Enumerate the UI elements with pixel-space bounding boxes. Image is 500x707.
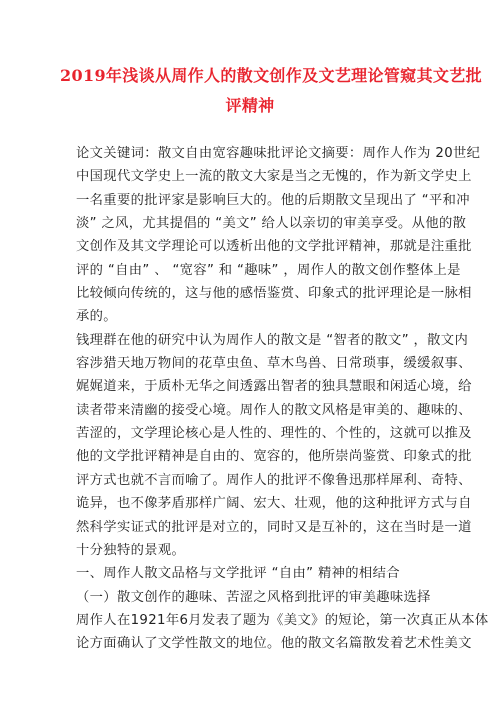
- document-body: 论文关键词：散文自由宽容趣味批评论文摘要：周作人作为 20世纪 中国现代文学史上…: [76, 142, 426, 656]
- body-line: 文创作及其文学理论可以透析出他的文学批评精神，那就是注重批: [76, 235, 426, 258]
- body-line: 周作人在1921年6月发表了题为《美文》的短论，第一次真正从本体: [76, 609, 426, 632]
- body-line: 十分独特的景观。: [76, 539, 426, 562]
- body-line: 一名重要的批评家是影响巨大的。他的后期散文呈现出了 “平和冲: [76, 189, 426, 212]
- body-line: 评方式也就不言而喻了。周作人的批评不像鲁迅那样犀利、奇特、: [76, 469, 426, 492]
- body-line: 他的文学批评精神是自由的、宽容的，他所崇尚鉴赏、印象式的批: [76, 445, 426, 468]
- body-line: 评的 “自由” 、 “宽容” 和 “趣味” ，周作人的散文创作整体上是: [76, 259, 426, 282]
- keywords-abstract-line: 论文关键词：散文自由宽容趣味批评论文摘要：周作人作为 20世纪: [76, 142, 426, 165]
- document-title: 2019年浅谈从周作人的散文创作及文艺理论管窥其文艺批 评精神: [60, 61, 440, 121]
- body-line: 苦涩的，文学理论核心是人性的、理性的、个性的，这就可以推及: [76, 422, 426, 445]
- body-line: 然科学实证式的批评是对立的，同时又是互补的，这在当时是一道: [76, 516, 426, 539]
- body-line: 读者带来清幽的接受心境。周作人的散文风格是审美的、趣味的、: [76, 399, 426, 422]
- body-line: 承的。: [76, 305, 426, 328]
- body-line: 钱理群在他的研究中认为周作人的散文是 “智者的散文” ，散文内: [76, 329, 426, 352]
- body-line: 容涉猎天地万物间的花草虫鱼、草木鸟兽、日常琐事，缓缓叙事、: [76, 352, 426, 375]
- body-line: 中国现代文学史上一流的散文大家是当之无愧的，作为新文学史上: [76, 165, 426, 188]
- title-line-1: 2019年浅谈从周作人的散文创作及文艺理论管窥其文艺批: [60, 61, 440, 91]
- section-heading: 一、周作人散文品格与文学批评 “自由” 精神的相结合: [76, 562, 426, 585]
- document-page: 2019年浅谈从周作人的散文创作及文艺理论管窥其文艺批 评精神 论文关键词：散文…: [0, 0, 500, 707]
- body-line: 论方面确认了文学性散文的地位。他的散文名篇散发着艺术性美文: [76, 632, 426, 655]
- body-line: 比较倾向传统的，这与他的感悟鉴赏、印象式的批评理论是一脉相: [76, 282, 426, 305]
- title-line-2: 评精神: [60, 91, 440, 121]
- body-line: 诡异，也不像茅盾那样广阔、宏大、壮观，他的这种批评方式与自: [76, 492, 426, 515]
- body-line: 娓娓道来，于质朴无华之间透露出智者的独具慧眼和闲适心境，给: [76, 375, 426, 398]
- subsection-heading: （一）散文创作的趣味、苦涩之风格到批评的审美趣味选择: [76, 586, 426, 609]
- body-line: 淡” 之风，尤其提倡的 “美文” 给人以亲切的审美享受。从他的散: [76, 212, 426, 235]
